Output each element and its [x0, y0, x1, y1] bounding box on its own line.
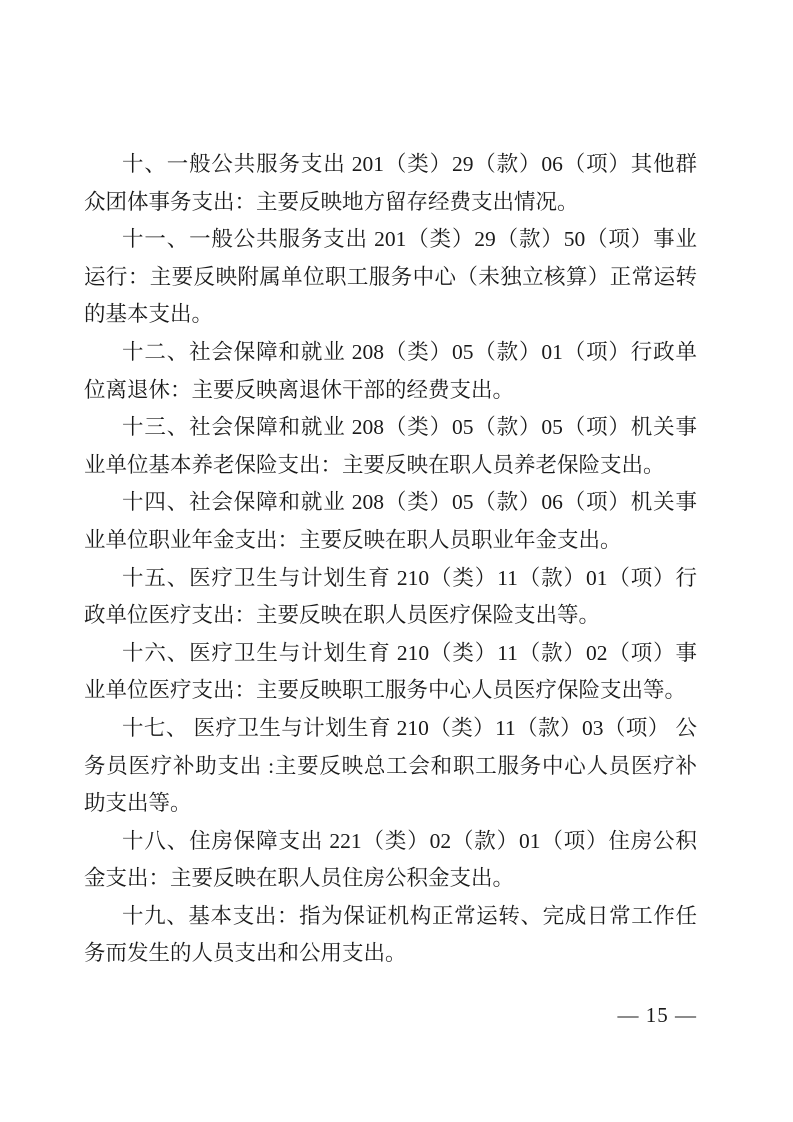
document-paragraph: 十五、医疗卫生与计划生育 210（类）11（款）01（项）行 政单位医疗支出：主… [84, 560, 697, 635]
paragraph-line: 业单位基本养老保险支出：主要反映在职人员养老保险支出。 [84, 447, 697, 485]
page-number: — 15 — [618, 1000, 698, 1030]
paragraph-line: 十一、一般公共服务支出 201（类）29（款）50（项）事业 [84, 221, 697, 259]
document-page: 十、一般公共服务支出 201（类）29（款）06（项）其他群 众团体事务支出：主… [0, 0, 793, 1122]
paragraph-line: 金支出：主要反映在职人员住房公积金支出。 [84, 860, 697, 898]
paragraph-line: 十九、基本支出：指为保证机构正常运转、完成日常工作任 [84, 898, 697, 936]
document-paragraph: 十、一般公共服务支出 201（类）29（款）06（项）其他群 众团体事务支出：主… [84, 146, 697, 221]
paragraph-line: 务员医疗补助支出 :主要反映总工会和职工服务中心人员医疗补 [84, 748, 697, 786]
paragraph-line: 运行：主要反映附属单位职工服务中心（未独立核算）正常运转 [84, 259, 697, 297]
paragraph-line: 十、一般公共服务支出 201（类）29（款）06（项）其他群 [84, 146, 697, 184]
paragraph-line: 的基本支出。 [84, 296, 697, 334]
paragraph-line: 十七、 医疗卫生与计划生育 210（类）11（款）03（项） 公 [84, 710, 697, 748]
paragraph-line: 十六、医疗卫生与计划生育 210（类）11（款）02（项）事 [84, 635, 697, 673]
paragraph-line: 助支出等。 [84, 785, 697, 823]
paragraph-line: 十二、社会保障和就业 208（类）05（款）01（项）行政单 [84, 334, 697, 372]
paragraph-line: 十四、社会保障和就业 208（类）05（款）06（项）机关事 [84, 484, 697, 522]
paragraph-line: 政单位医疗支出：主要反映在职人员医疗保险支出等。 [84, 597, 697, 635]
paragraph-line: 位离退休：主要反映离退休干部的经费支出。 [84, 372, 697, 410]
paragraph-line: 十三、社会保障和就业 208（类）05（款）05（项）机关事 [84, 409, 697, 447]
document-paragraph: 十一、一般公共服务支出 201（类）29（款）50（项）事业 运行：主要反映附属… [84, 221, 697, 334]
document-paragraph: 十八、住房保障支出 221（类）02（款）01（项）住房公积 金支出：主要反映在… [84, 823, 697, 898]
paragraph-line: 务而发生的人员支出和公用支出。 [84, 935, 697, 973]
paragraph-line: 业单位职业年金支出：主要反映在职人员职业年金支出。 [84, 522, 697, 560]
paragraph-line: 业单位医疗支出：主要反映职工服务中心人员医疗保险支出等。 [84, 672, 697, 710]
paragraph-line: 众团体事务支出：主要反映地方留存经费支出情况。 [84, 184, 697, 222]
paragraph-line: 十八、住房保障支出 221（类）02（款）01（项）住房公积 [84, 823, 697, 861]
paragraph-line: 十五、医疗卫生与计划生育 210（类）11（款）01（项）行 [84, 560, 697, 598]
document-paragraph: 十二、社会保障和就业 208（类）05（款）01（项）行政单 位离退休：主要反映… [84, 334, 697, 409]
document-content: 十、一般公共服务支出 201（类）29（款）06（项）其他群 众团体事务支出：主… [84, 146, 697, 973]
document-paragraph: 十七、 医疗卫生与计划生育 210（类）11（款）03（项） 公 务员医疗补助支… [84, 710, 697, 823]
document-paragraph: 十六、医疗卫生与计划生育 210（类）11（款）02（项）事 业单位医疗支出：主… [84, 635, 697, 710]
document-paragraph: 十九、基本支出：指为保证机构正常运转、完成日常工作任 务而发生的人员支出和公用支… [84, 898, 697, 973]
document-paragraph: 十三、社会保障和就业 208（类）05（款）05（项）机关事 业单位基本养老保险… [84, 409, 697, 484]
document-paragraph: 十四、社会保障和就业 208（类）05（款）06（项）机关事 业单位职业年金支出… [84, 484, 697, 559]
